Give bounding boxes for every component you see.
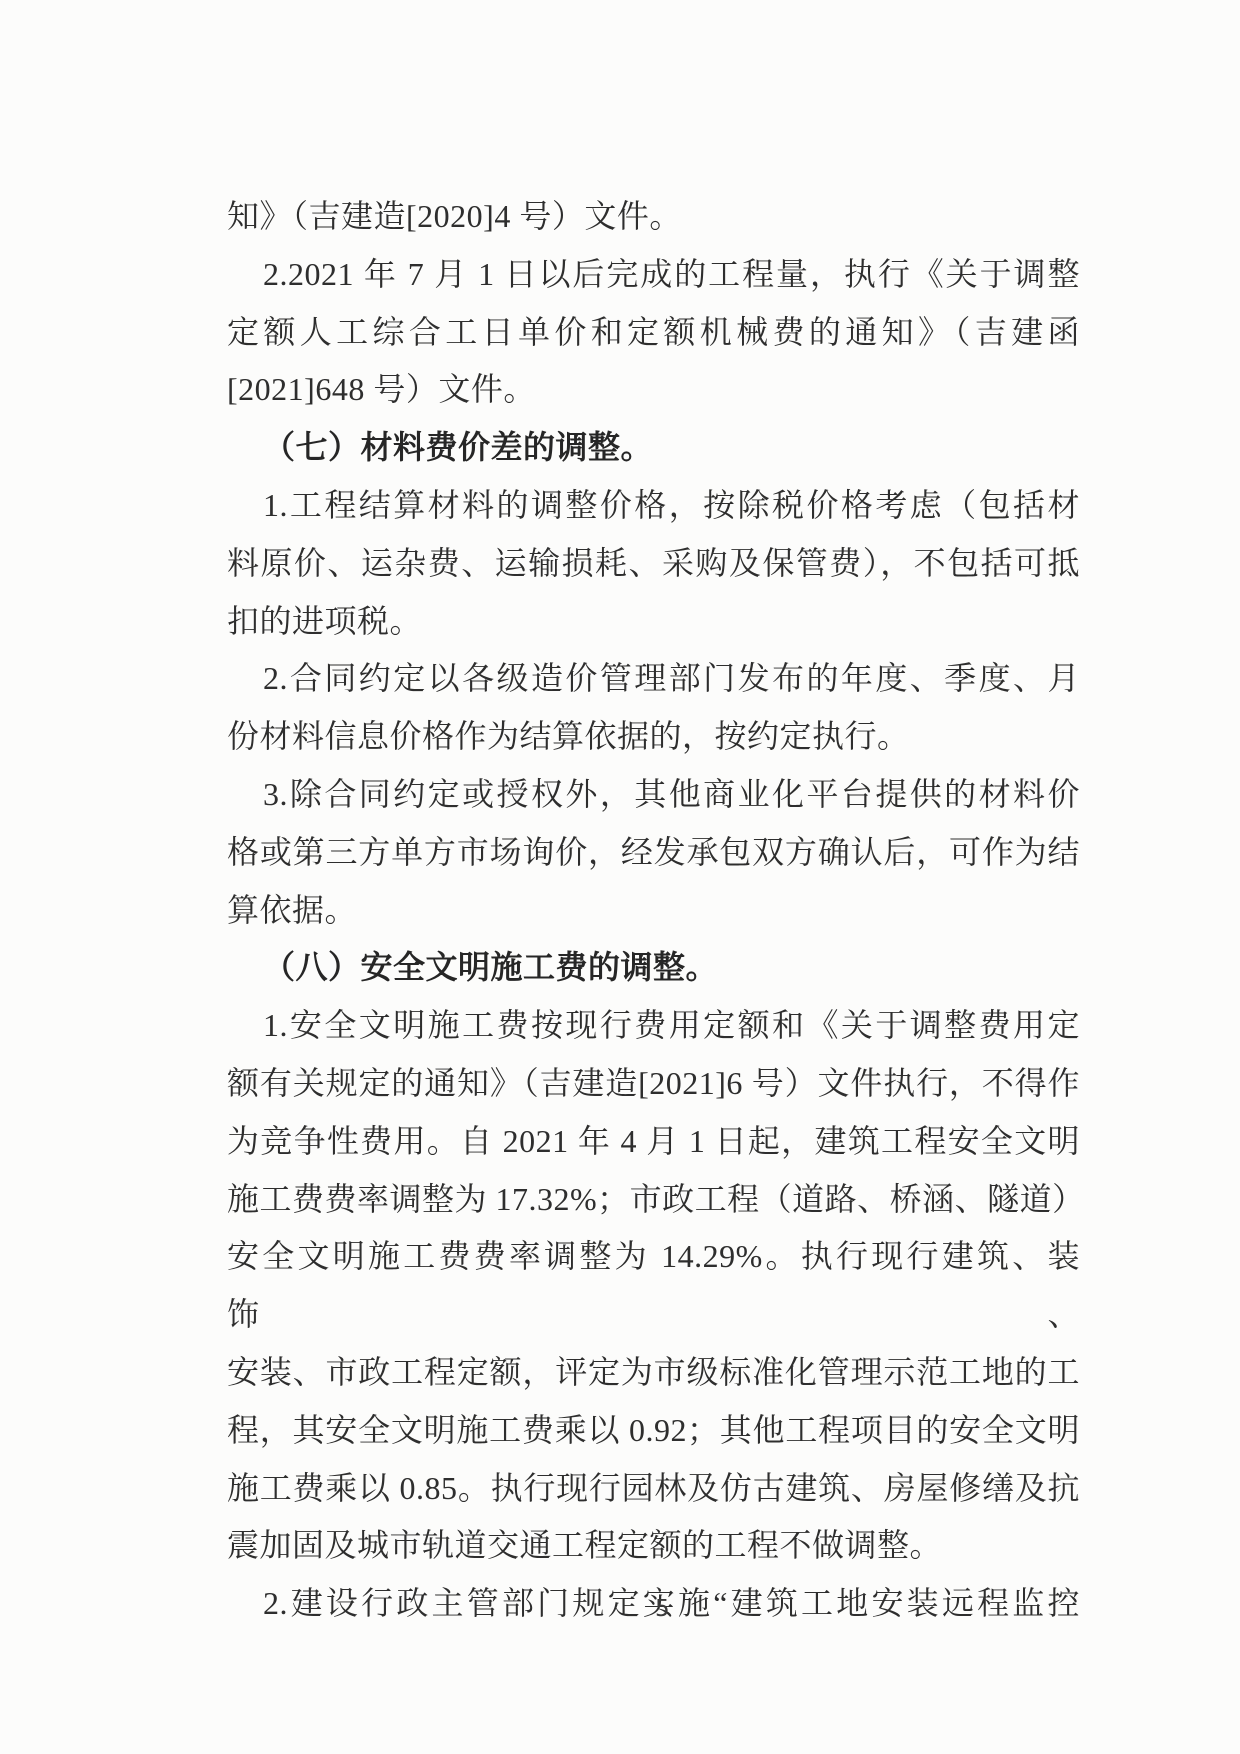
section-heading-line: （八）安全文明施工费的调整。	[227, 939, 1080, 997]
body-text-line: 格或第三方单方市场询价，经发承包双方确认后，可作为结	[227, 824, 1080, 882]
body-text-line: 2.建设行政主管部门规定实施“建筑工地安装远程监控	[227, 1575, 1080, 1633]
section-heading-line: （七）材料费价差的调整。	[227, 419, 1080, 477]
body-text-line: 3.除合同约定或授权外，其他商业化平台提供的材料价	[227, 766, 1080, 824]
body-text-line: 料原价、运杂费、运输损耗、采购及保管费），不包括可抵	[227, 535, 1080, 593]
body-text-line: 知》（吉建造[2020]4 号）文件。	[227, 188, 1080, 246]
body-text-line: 施工费费率调整为 17.32%；市政工程（道路、桥涵、隧道）	[227, 1171, 1080, 1229]
body-text-line: 施工费乘以 0.85。执行现行园林及仿古建筑、房屋修缮及抗	[227, 1460, 1080, 1518]
body-text-line: 为竞争性费用。自 2021 年 4 月 1 日起，建筑工程安全文明	[227, 1113, 1080, 1171]
body-text-line: 1.安全文明施工费按现行费用定额和《关于调整费用定	[227, 997, 1080, 1055]
text-block: 知》（吉建造[2020]4 号）文件。2.2021 年 7 月 1 日以后完成的…	[227, 188, 1080, 1633]
page-number: 5	[655, 1596, 670, 1622]
body-text-line: 震加固及城市轨道交通工程定额的工程不做调整。	[227, 1517, 1080, 1575]
body-text-line: 安装、市政工程定额，评定为市级标准化管理示范工地的工	[227, 1344, 1080, 1402]
body-text-line: 份材料信息价格作为结算依据的，按约定执行。	[227, 708, 1080, 766]
body-text-line: 定额人工综合工日单价和定额机械费的通知》（吉建函	[227, 304, 1080, 362]
body-text-line: 程，其安全文明施工费乘以 0.92；其他工程项目的安全文明	[227, 1402, 1080, 1460]
body-text-line: 2.2021 年 7 月 1 日以后完成的工程量，执行《关于调整	[227, 246, 1080, 304]
body-text-line: 2.合同约定以各级造价管理部门发布的年度、季度、月	[227, 650, 1080, 708]
body-text-line: [2021]648 号）文件。	[227, 361, 1080, 419]
body-text-line: 安全文明施工费费率调整为 14.29%。执行现行建筑、装饰、	[227, 1228, 1080, 1344]
body-text-line: 算依据。	[227, 882, 1080, 940]
body-text-line: 额有关规定的通知》（吉建造[2021]6 号）文件执行，不得作	[227, 1055, 1080, 1113]
document-page: 知》（吉建造[2020]4 号）文件。2.2021 年 7 月 1 日以后完成的…	[0, 0, 1240, 1754]
body-text-line: 1.工程结算材料的调整价格，按除税价格考虑（包括材	[227, 477, 1080, 535]
body-text-line: 扣的进项税。	[227, 593, 1080, 651]
